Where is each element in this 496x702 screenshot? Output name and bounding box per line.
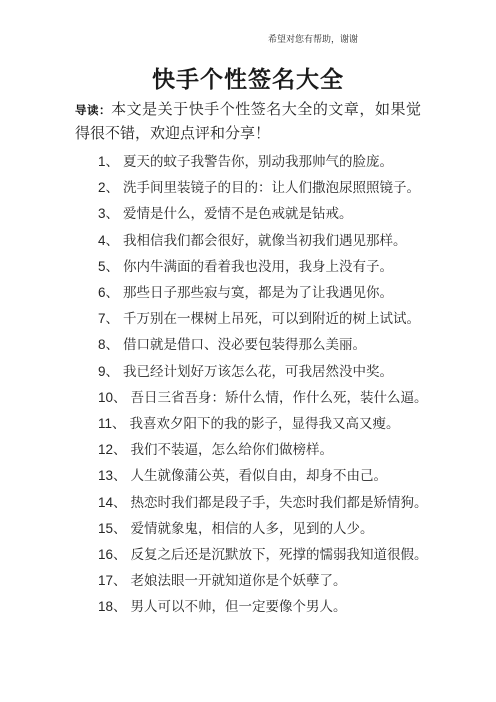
list-item: 11、我喜欢夕阳下的我的影子，显得我又高又瘦。 [75, 411, 446, 437]
list-item: 15、爱情就象鬼，相信的人多，见到的人少。 [75, 516, 446, 542]
list-item: 13、人生就像蒲公英，看似自由，却身不由己。 [75, 463, 446, 489]
item-number: 15、 [98, 521, 127, 536]
list-item: 4、我相信我们都会很好，就像当初我们遇见那样。 [75, 228, 446, 254]
list-item: 7、千万别在一棵树上吊死，可以到附近的树上试试。 [75, 306, 446, 332]
item-number: 17、 [98, 573, 127, 588]
list-item: 12、我们不装逼，怎么给你们做榜样。 [75, 437, 446, 463]
list-item: 9、我已经计划好万该怎么花，可我居然没中奖。 [75, 359, 446, 385]
item-text: 爱情就象鬼，相信的人多，见到的人少。 [131, 521, 374, 536]
item-number: 16、 [98, 547, 127, 562]
list-item: 18、男人可以不帅，但一定要像个男人。 [75, 594, 446, 620]
item-number: 8、 [98, 337, 119, 352]
list-item: 14、热恋时我们都是段子手，失恋时我们都是矫情狗。 [75, 490, 446, 516]
list-item: 8、借口就是借口、没必要包装得那么美丽。 [75, 332, 446, 358]
item-number: 7、 [98, 311, 119, 326]
item-text: 我喜欢夕阳下的我的影子，显得我又高又瘦。 [130, 416, 400, 431]
item-number: 12、 [98, 442, 127, 457]
list-item: 16、反复之后还是沉默放下，死撑的懦弱我知道很假。 [75, 542, 446, 568]
item-text: 洗手间里装镜子的目的：让人们撒泡尿照照镜子。 [123, 180, 420, 195]
item-text: 老娘法眼一开就知道你是个妖孽了。 [131, 573, 347, 588]
item-text: 反复之后还是沉默放下，死撑的懦弱我知道很假。 [131, 547, 428, 562]
item-number: 11、 [98, 416, 126, 431]
item-text: 你内牛满面的看着我也没用，我身上没有子。 [123, 259, 393, 274]
item-text: 夏天的蚊子我警告你，别动我那帅气的脸庞。 [123, 154, 393, 169]
item-text: 热恋时我们都是段子手，失恋时我们都是矫情狗。 [131, 495, 428, 510]
list-item: 5、你内牛满面的看着我也没用，我身上没有子。 [75, 254, 446, 280]
list-item: 3、爱情是什么，爱情不是色戒就是钻戒。 [75, 201, 446, 227]
item-text: 人生就像蒲公英，看似自由，却身不由己。 [131, 468, 388, 483]
item-text: 我们不装逼，怎么给你们做榜样。 [131, 442, 334, 457]
signature-list: 1、夏天的蚊子我警告你，别动我那帅气的脸庞。2、洗手间里装镜子的目的：让人们撒泡… [75, 149, 446, 621]
item-number: 3、 [98, 206, 119, 221]
list-item: 10、吾日三省吾身：矫什么情，作什么死，装什么逼。 [75, 385, 446, 411]
item-number: 18、 [98, 599, 127, 614]
item-text: 千万别在一棵树上吊死，可以到附近的树上试试。 [123, 311, 420, 326]
item-text: 吾日三省吾身：矫什么情，作什么死，装什么逼。 [131, 390, 428, 405]
item-number: 6、 [98, 285, 119, 300]
item-text: 我相信我们都会很好，就像当初我们遇见那样。 [123, 233, 407, 248]
item-number: 5、 [98, 259, 119, 274]
intro-text: 本文是关于快手个性签名大全的文章，如果觉得很不错，欢迎点评和分享！ [75, 102, 421, 142]
page-title: 快手个性签名大全 [0, 64, 496, 94]
item-number: 13、 [98, 468, 127, 483]
item-text: 爱情是什么，爱情不是色戒就是钻戒。 [123, 206, 353, 221]
item-number: 9、 [98, 364, 119, 379]
intro-label: 导读： [75, 105, 111, 117]
document-page: 希望对您有帮助，谢谢 快手个性签名大全 导读：本文是关于快手个性签名大全的文章，… [0, 0, 496, 702]
list-item: 17、老娘法眼一开就知道你是个妖孽了。 [75, 568, 446, 594]
item-number: 14、 [98, 495, 127, 510]
list-item: 6、那些日子那些寂与寞，都是为了让我遇见你。 [75, 280, 446, 306]
header-note: 希望对您有帮助，谢谢 [268, 33, 358, 45]
item-text: 我已经计划好万该怎么花，可我居然没中奖。 [123, 364, 393, 379]
item-number: 2、 [98, 180, 119, 195]
item-text: 男人可以不帅，但一定要像个男人。 [131, 599, 347, 614]
item-number: 4、 [98, 233, 119, 248]
item-number: 10、 [98, 390, 127, 405]
list-item: 1、夏天的蚊子我警告你，别动我那帅气的脸庞。 [75, 149, 446, 175]
item-text: 借口就是借口、没必要包装得那么美丽。 [123, 337, 366, 352]
intro-paragraph: 导读：本文是关于快手个性签名大全的文章，如果觉得很不错，欢迎点评和分享！ [75, 99, 421, 146]
list-item: 2、洗手间里装镜子的目的：让人们撒泡尿照照镜子。 [75, 175, 446, 201]
item-number: 1、 [98, 154, 119, 169]
item-text: 那些日子那些寂与寞，都是为了让我遇见你。 [123, 285, 393, 300]
